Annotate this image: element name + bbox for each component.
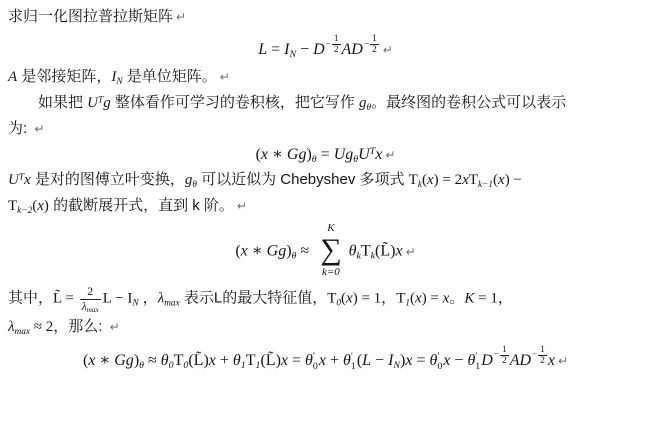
math-variable: θ (305, 352, 313, 369)
math-variable: A (8, 69, 17, 85)
fraction-denominator: 2 (502, 356, 507, 366)
paragraph-mark: ↵ (110, 320, 120, 334)
math-roman: = 1 (474, 291, 497, 307)
math-exponent-fraction: −12 (494, 345, 509, 366)
math-sub-sup: ′0 (313, 352, 318, 373)
fraction-denominator: 2 (334, 45, 339, 55)
text-run: 可以近似为 Chebyshev 多项式 (197, 171, 409, 188)
math-roman: + (326, 352, 343, 369)
math-variable: g (359, 95, 367, 111)
fraction: 2λmax (80, 285, 101, 314)
math-roman: T (396, 291, 405, 307)
math-subscript: k−1 (478, 180, 493, 190)
paragraph-heading: 求归一化图拉普拉斯矩阵↵ (8, 4, 643, 30)
fraction-numerator: 1 (538, 345, 547, 356)
math-variable: U (87, 95, 98, 111)
math-variable: x (548, 352, 555, 369)
math-roman: − (450, 352, 467, 369)
paragraph-mark: ↵ (558, 354, 568, 368)
math-roman: = (317, 146, 334, 163)
formula-chebyshev-sum: (x ∗ Gg)θ ≈ K∑k=0θkTk(L̃)x↵ (8, 224, 643, 279)
math-roman: ≈ 2 (30, 319, 53, 335)
paragraph-mark: ↵ (176, 10, 186, 24)
math-roman: = (267, 41, 284, 58)
math-variable: x (427, 172, 434, 188)
paragraph-mark: ↵ (385, 148, 395, 162)
math-roman: T (469, 172, 478, 188)
math-subscript: max (87, 306, 99, 314)
math-variable: θ (233, 352, 241, 369)
math-variable: L (362, 352, 371, 369)
math-roman: − (371, 352, 388, 369)
text-run: 是邻接矩阵， (17, 68, 111, 85)
math-variable: D (481, 352, 493, 369)
math-variable: K (464, 291, 474, 307)
math-variable: x (241, 243, 248, 260)
math-roman: T (361, 243, 371, 260)
math-exponent-fraction: −12 (326, 34, 341, 55)
math-roman: (L̃) (260, 352, 280, 369)
math-variable: Gg (114, 352, 134, 369)
math-variable: Ug (334, 146, 354, 163)
math-variable: x (261, 146, 268, 163)
math-variable: θ (429, 352, 437, 369)
paragraph-mark: ↵ (237, 199, 247, 213)
paragraph-mark: ↵ (406, 245, 416, 259)
math-exponent-fraction: −12 (532, 345, 547, 366)
fraction-numerator: 1 (370, 34, 379, 45)
text-run: ，那么: (53, 318, 106, 335)
math-variable: x (395, 243, 402, 260)
math-roman: − (296, 41, 313, 58)
formula-first-order-expansion: (x ∗ Gg)θ ≈ θ0T0(L̃)x + θ1T1(L̃)x = θ′0x… (8, 350, 643, 372)
fraction-numerator: 1 (332, 34, 341, 45)
summation: K∑k=0 (320, 223, 341, 278)
text-run: 整体看作可学习的卷积核，把它写作 (111, 94, 359, 111)
math-roman: T (327, 291, 336, 307)
fraction: 12 (370, 34, 379, 55)
text-run: 的截断展开式，直到 k 阶。 (49, 197, 234, 214)
math-variable: g (103, 95, 111, 111)
formula-normalized-laplacian: L = IN − D−12AD−12↵ (8, 39, 643, 61)
paragraph-conv-kernel: 如果把 UTg 整体看作可学习的卷积核，把它写作 gθ。最终图的卷积公式可以表示… (8, 90, 643, 142)
fraction-denominator: 2 (372, 45, 377, 55)
minus-sign: − (494, 350, 499, 360)
math-roman: T (174, 352, 184, 369)
math-variable: U (358, 146, 370, 163)
paragraph-adjacency-note: A 是邻接矩阵，IN 是单位矩阵。↵ (8, 64, 643, 90)
fraction-numerator: 2 (80, 285, 101, 300)
text-run: 求归一化图拉普拉斯矩阵 (8, 8, 173, 25)
math-variable: θ (161, 352, 169, 369)
math-roman: ∗ (95, 352, 114, 369)
math-sub-sup: ′0 (437, 352, 442, 373)
math-variable: U (8, 172, 19, 188)
math-roman: ≈ (296, 243, 313, 260)
math-roman: 2 (87, 285, 93, 298)
fraction-denominator: 2 (540, 356, 545, 366)
math-variable: AD (342, 41, 363, 58)
minus-sign: − (364, 40, 369, 50)
math-variable: D (313, 41, 325, 58)
paragraph-mark: ↵ (34, 122, 44, 136)
math-roman: ) = 1 (353, 291, 381, 307)
math-variable: x (375, 146, 382, 163)
math-variable: AD (510, 352, 531, 369)
math-variable: x (498, 172, 505, 188)
formula-graph-convolution: (x ∗ Gg)θ = UgθUTx↵ (8, 144, 643, 166)
math-subscript: 0 (437, 362, 442, 372)
minus-sign: − (532, 350, 537, 360)
math-roman: T (8, 198, 17, 214)
fraction-numerator: 1 (500, 345, 509, 356)
math-variable: x (209, 352, 216, 369)
sum-lower-limit: k=0 (322, 267, 340, 278)
math-roman: T (409, 172, 418, 188)
math-roman: ) = (422, 291, 443, 307)
math-roman: ≈ (144, 352, 161, 369)
math-subscript: max (15, 326, 31, 336)
math-roman: L̃ = (53, 291, 78, 307)
math-variable: x (37, 198, 44, 214)
text-run: ， (381, 290, 396, 307)
text-run: ， (498, 290, 513, 307)
text-run: 表示L的最大特征值， (180, 290, 328, 307)
math-variable: L (258, 41, 267, 58)
math-variable: θ (343, 352, 351, 369)
math-roman: T (246, 352, 256, 369)
text-run: 是对的图傅立叶变换， (31, 171, 185, 188)
math-roman: ∗ (268, 146, 287, 163)
math-roman: ) − (505, 172, 522, 188)
math-subscript: 1 (351, 362, 356, 372)
fraction: 12 (500, 345, 509, 366)
text-run: 其中， (8, 290, 53, 307)
math-subscript: 0 (313, 362, 318, 372)
math-roman: = (288, 352, 305, 369)
math-subscript: k−2 (17, 206, 32, 216)
paragraph-chebyshev: UTx 是对的图傅立叶变换，gθ 可以近似为 Chebyshev 多项式 Tk(… (8, 167, 643, 219)
math-roman: + (216, 352, 233, 369)
math-roman: ∗ (248, 243, 267, 260)
document-page: 求归一化图拉普拉斯矩阵↵ L = IN − D−12AD−12↵ A 是邻接矩阵… (0, 0, 653, 427)
math-variable: x (462, 172, 469, 188)
paragraph-mark: ↵ (383, 43, 393, 57)
fraction: 12 (538, 345, 547, 366)
math-sub-sup: ′1 (351, 352, 356, 373)
text-run: 为: (8, 120, 31, 137)
text-run: 。 (449, 290, 464, 307)
fraction: 12 (332, 34, 341, 55)
fraction-denominator: λmax (80, 300, 101, 314)
text-run: 。最终图的卷积公式可以表示 (371, 94, 566, 111)
paragraph-mark: ↵ (220, 70, 230, 84)
math-exponent-fraction: −12 (364, 34, 379, 55)
paragraph-lambda-note: 其中，L̃ = 2λmaxL − IN ，λmax 表示L的最大特征值，T0(x… (8, 284, 643, 339)
text-run: 是单位矩阵。 (123, 68, 217, 85)
text-run: 如果把 (38, 94, 87, 111)
math-variable: x (346, 291, 353, 307)
math-variable: Gg (267, 243, 287, 260)
math-roman: L − I (103, 291, 133, 307)
math-sub-sup: ′1 (475, 352, 480, 373)
sigma-icon: ∑ (320, 235, 341, 265)
minus-sign: − (326, 40, 331, 50)
math-subscript: 1 (475, 362, 480, 372)
math-variable: x (319, 352, 326, 369)
math-variable: Gg (287, 146, 307, 163)
math-subscript: max (164, 299, 180, 309)
math-variable: x (415, 291, 422, 307)
math-roman: = (412, 352, 429, 369)
math-variable: x (281, 352, 288, 369)
math-roman: (L̃) (188, 352, 208, 369)
math-roman: (L̃) (375, 243, 395, 260)
text-run: ， (139, 290, 158, 307)
math-roman: ) = 2 (434, 172, 462, 188)
math-variable: θ (467, 352, 475, 369)
math-variable: x (24, 172, 31, 188)
